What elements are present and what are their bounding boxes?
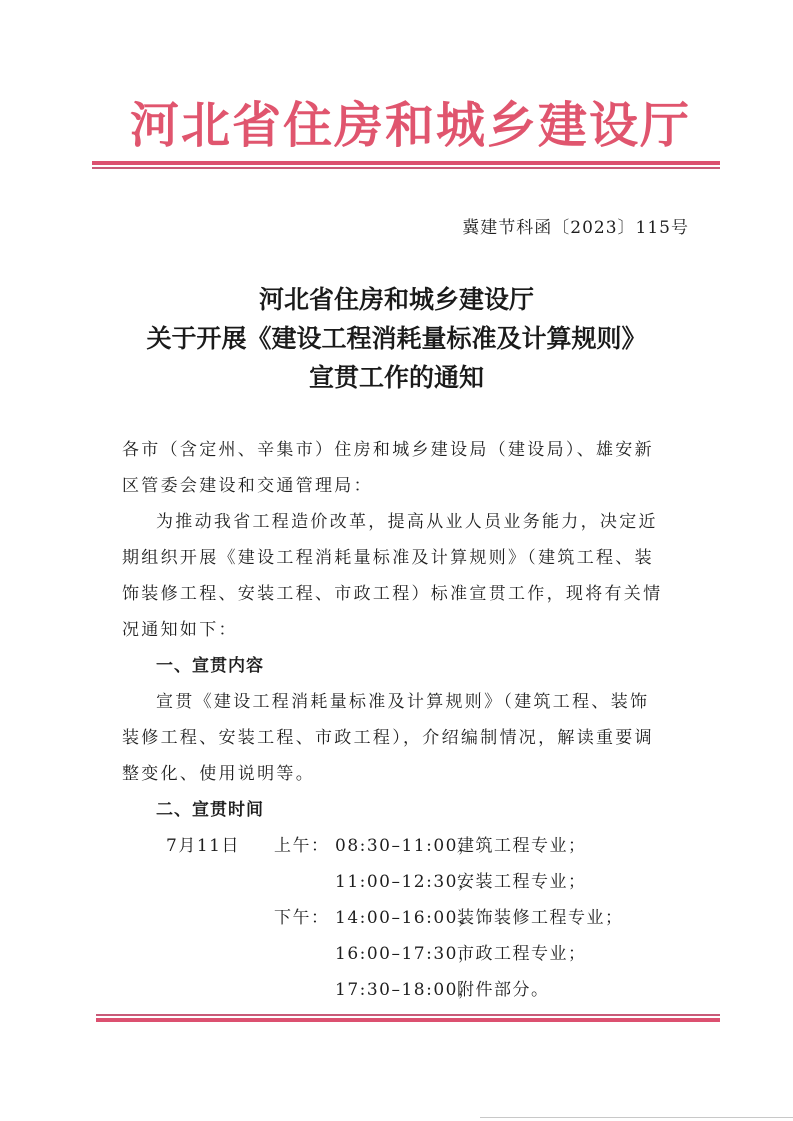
document-body: 各市（含定州、辛集市）住房和城乡建设局（建设局）、雄安新 区管委会建设和交通管理… — [122, 432, 682, 1008]
schedule-row: 17:30–18:00， 附件部分。 — [122, 972, 682, 1008]
issuer-masthead: 河北省住房和城乡建设厅 — [130, 96, 691, 156]
schedule-time: 14:00–16:00， — [335, 900, 476, 936]
schedule-topic: 建筑工程专业； — [457, 828, 587, 864]
section-1-line-2: 装修工程、安装工程、市政工程），介绍编制情况，解读重要调 — [122, 720, 682, 756]
intro-line-2: 期组织开展《建设工程消耗量标准及计算规则》（建筑工程、装 — [122, 540, 682, 576]
title-line-2: 关于开展《建设工程消耗量标准及计算规则》 — [0, 319, 793, 358]
recipients-line-2: 区管委会建设和交通管理局： — [122, 468, 682, 504]
schedule-date: 7月11日 — [166, 828, 240, 864]
afternoon-label: 下午： — [274, 900, 330, 936]
document-number: 冀建节科函〔2023〕115号 — [462, 213, 689, 238]
schedule-time: 11:00–12:30， — [335, 864, 476, 900]
schedule-time: 17:30–18:00， — [335, 972, 476, 1008]
section-1-line-3: 整变化、使用说明等。 — [122, 756, 682, 792]
schedule-row: 16:00–17:30， 市政工程专业； — [122, 936, 682, 972]
schedule-row: 下午： 14:00–16:00， 装饰装修工程专业； — [122, 900, 682, 936]
intro-line-1: 为推动我省工程造价改革，提高从业人员业务能力，决定近 — [122, 504, 682, 540]
schedule-topic: 附件部分。 — [457, 972, 550, 1008]
recipients-line-1: 各市（含定州、辛集市）住房和城乡建设局（建设局）、雄安新 — [122, 432, 682, 468]
schedule-time: 16:00–17:30， — [335, 936, 476, 972]
intro-line-4: 况通知如下： — [122, 612, 682, 648]
schedule-topic: 装饰装修工程专业； — [457, 900, 624, 936]
section-2-heading: 二、宣贯时间 — [122, 792, 682, 828]
footer-divider — [96, 1014, 720, 1022]
section-1-line-1: 宣贯《建设工程消耗量标准及计算规则》（建筑工程、装饰 — [122, 684, 682, 720]
title-line-3: 宣贯工作的通知 — [0, 358, 793, 397]
morning-label: 上午： — [274, 828, 330, 864]
title-line-1: 河北省住房和城乡建设厅 — [0, 280, 793, 319]
intro-line-3: 饰装修工程、安装工程、市政工程）标准宣贯工作，现将有关情 — [122, 576, 682, 612]
schedule-row: 11:00–12:30， 安装工程专业； — [122, 864, 682, 900]
schedule-topic: 安装工程专业； — [457, 864, 587, 900]
document-title: 河北省住房和城乡建设厅 关于开展《建设工程消耗量标准及计算规则》 宣贯工作的通知 — [0, 280, 793, 397]
scan-edge-line — [480, 1117, 793, 1118]
schedule-time: 08:30–11:00， — [335, 828, 476, 864]
schedule-topic: 市政工程专业； — [457, 936, 587, 972]
masthead-divider — [92, 161, 720, 169]
schedule-row: 7月11日 上午： 08:30–11:00， 建筑工程专业； — [122, 828, 682, 864]
section-1-heading: 一、宣贯内容 — [122, 648, 682, 684]
